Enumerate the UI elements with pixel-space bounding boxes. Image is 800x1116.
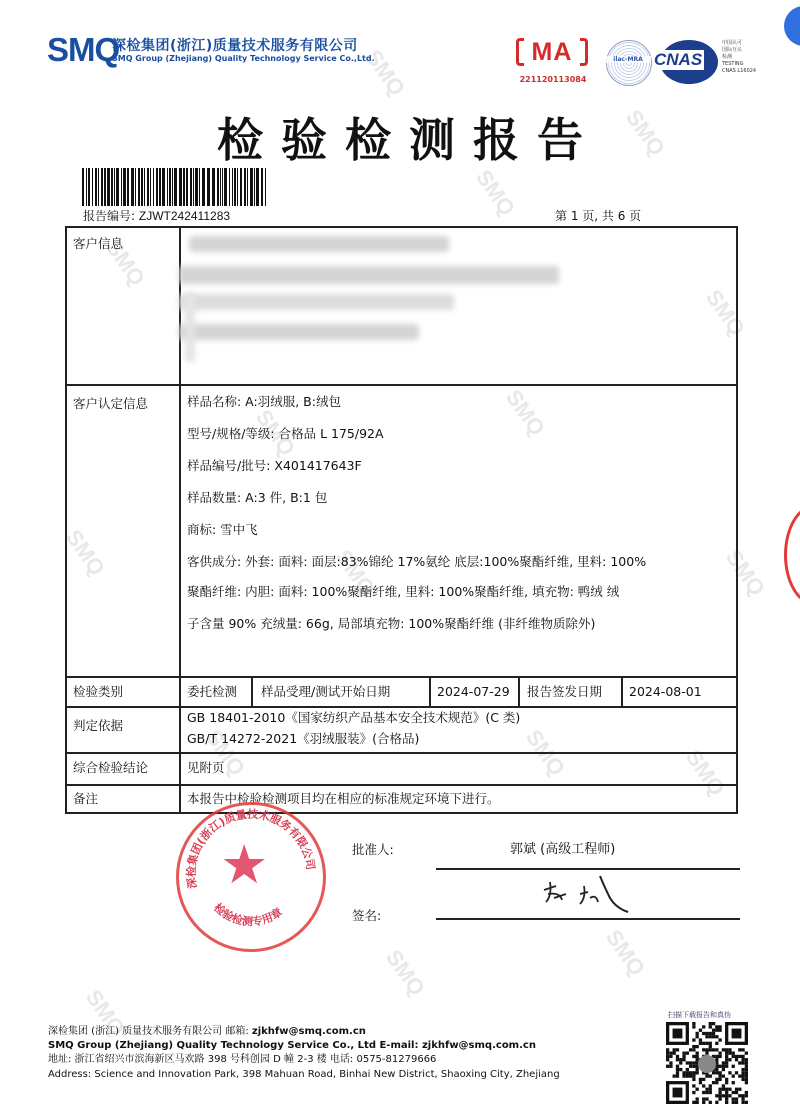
report-number-label: 报告编号: bbox=[83, 209, 135, 223]
start-date-label: 样品受理/测试开始日期 bbox=[261, 684, 390, 700]
qr-caption: 扫描下载报告和真伪 bbox=[668, 1010, 731, 1020]
basis-label: 判定依据 bbox=[73, 718, 123, 734]
conclusion-label: 综合检验结论 bbox=[73, 760, 148, 776]
cma-number: 221120113084 bbox=[514, 75, 592, 84]
cnas-accreditation-text: 中国认可 国际互认 检测 TESTING CNAS L16024 bbox=[722, 40, 756, 75]
footer-company-cn-text: 深检集团 (浙江) 质量技术服务有限公司 邮箱: bbox=[48, 1026, 252, 1037]
confirmed-info-line: 客供成分: 外套: 面料: 面层:83%锦纶 17%氨纶 底层:100%聚酯纤维… bbox=[187, 554, 646, 570]
smq-logo: SMQ bbox=[47, 33, 119, 66]
column-divider bbox=[429, 676, 431, 706]
approver-label: 批准人: bbox=[352, 840, 394, 858]
floating-button-icon[interactable] bbox=[784, 6, 800, 46]
footer-email: zjkhfw@smq.com.cn bbox=[252, 1026, 366, 1037]
red-stamp-edge bbox=[784, 505, 800, 605]
footer-company-en: SMQ Group (Zhejiang) Quality Technology … bbox=[48, 1039, 536, 1052]
barcode-icon bbox=[82, 168, 270, 206]
ilac-mra-logo-icon bbox=[606, 40, 652, 86]
basis-standard-1: GB 18401-2010《国家纺织产品基本安全技术规范》(C 类) bbox=[187, 710, 520, 726]
company-name-cn: 深检集团(浙江)质量技术服务有限公司 bbox=[112, 35, 358, 55]
qr-code-icon[interactable] bbox=[666, 1022, 748, 1106]
row-divider bbox=[67, 784, 738, 786]
report-number: 报告编号: ZJWT242411283 bbox=[83, 207, 230, 224]
svg-text:深检集团(浙江)质量技术服务有限公司: 深检集团(浙江)质量技术服务有限公司 bbox=[184, 807, 318, 890]
stamp-text: 深检集团(浙江)质量技术服务有限公司 检验检测专用章 bbox=[176, 802, 326, 952]
approver-line bbox=[436, 868, 740, 870]
confirmed-info-line: 商标: 雪中飞 bbox=[187, 522, 258, 538]
customer-info-label: 客户信息 bbox=[73, 236, 123, 252]
ilac-mra-label: ilac-MRA bbox=[605, 56, 651, 63]
confirmed-info-line: 样品编号/批号: X401417643F bbox=[187, 458, 362, 474]
cma-logo: MA bbox=[516, 36, 588, 68]
row-divider bbox=[67, 706, 738, 708]
issue-date-label: 报告签发日期 bbox=[527, 684, 602, 700]
column-divider bbox=[251, 676, 253, 706]
row-divider bbox=[67, 676, 738, 678]
inspection-type-label: 检验类别 bbox=[73, 684, 123, 700]
watermark-text: SMQ bbox=[600, 925, 650, 981]
watermark-text: SMQ bbox=[470, 165, 520, 221]
confirmed-info-line: 型号/规格/等级: 合格品 L 175/92A bbox=[187, 426, 384, 442]
confirmed-info-line: 子含量 90% 充绒量: 66g, 局部填充物: 100%聚酯纤维 (非纤维物质… bbox=[187, 616, 595, 632]
column-divider bbox=[621, 676, 623, 706]
approver-name: 郭斌 (高级工程师) bbox=[510, 838, 615, 857]
footer-address-en: Address: Science and Innovation Park, 39… bbox=[48, 1068, 560, 1081]
remarks-label: 备注 bbox=[73, 791, 98, 807]
company-name-en: SMQ Group (Zhejiang) Quality Technology … bbox=[112, 54, 375, 63]
basis-standard-2: GB/T 14272-2021《羽绒服装》(合格品) bbox=[187, 731, 419, 747]
row-divider bbox=[67, 752, 738, 754]
inspection-type-value: 委托检测 bbox=[187, 684, 237, 700]
document-title: 检验检测报告 bbox=[0, 104, 800, 170]
svg-text:检验检测专用章: 检验检测专用章 bbox=[211, 900, 285, 928]
confirmed-info-line: 样品数量: A:3 件, B:1 包 bbox=[187, 490, 327, 506]
watermark-text: SMQ bbox=[380, 945, 430, 1001]
confirmed-info-line: 样品名称: A:羽绒服, B:绒包 bbox=[187, 394, 341, 410]
row-divider bbox=[67, 384, 738, 386]
customer-confirmed-label: 客户认定信息 bbox=[73, 396, 148, 412]
report-number-value: ZJWT242411283 bbox=[139, 209, 230, 223]
report-table: 客户信息 客户认定信息 样品名称: A:羽绒服, B:绒包型号/规格/等级: 合… bbox=[65, 226, 738, 814]
conclusion-value: 见附页 bbox=[187, 760, 225, 776]
confirmed-info-line: 聚酯纤维: 内胆: 面料: 100%聚酯纤维, 里料: 100%聚酯纤维, 填充… bbox=[187, 584, 619, 600]
cnas-label: CNAS bbox=[652, 50, 704, 70]
page-info: 第 1 页, 共 6 页 bbox=[555, 207, 641, 224]
start-date-value: 2024-07-29 bbox=[437, 684, 510, 700]
footer-address-cn: 地址: 浙江省绍兴市滨海新区马欢路 398 号科创园 D 幢 2-3 楼 电话:… bbox=[48, 1053, 436, 1066]
column-divider bbox=[179, 228, 181, 814]
issue-date-value: 2024-08-01 bbox=[629, 684, 702, 700]
signature-image bbox=[540, 872, 630, 914]
footer-company-cn: 深检集团 (浙江) 质量技术服务有限公司 邮箱: zjkhfw@smq.com.… bbox=[48, 1025, 366, 1038]
signature-label: 签名: bbox=[352, 906, 381, 924]
column-divider bbox=[518, 676, 520, 706]
signature-line bbox=[436, 918, 740, 920]
